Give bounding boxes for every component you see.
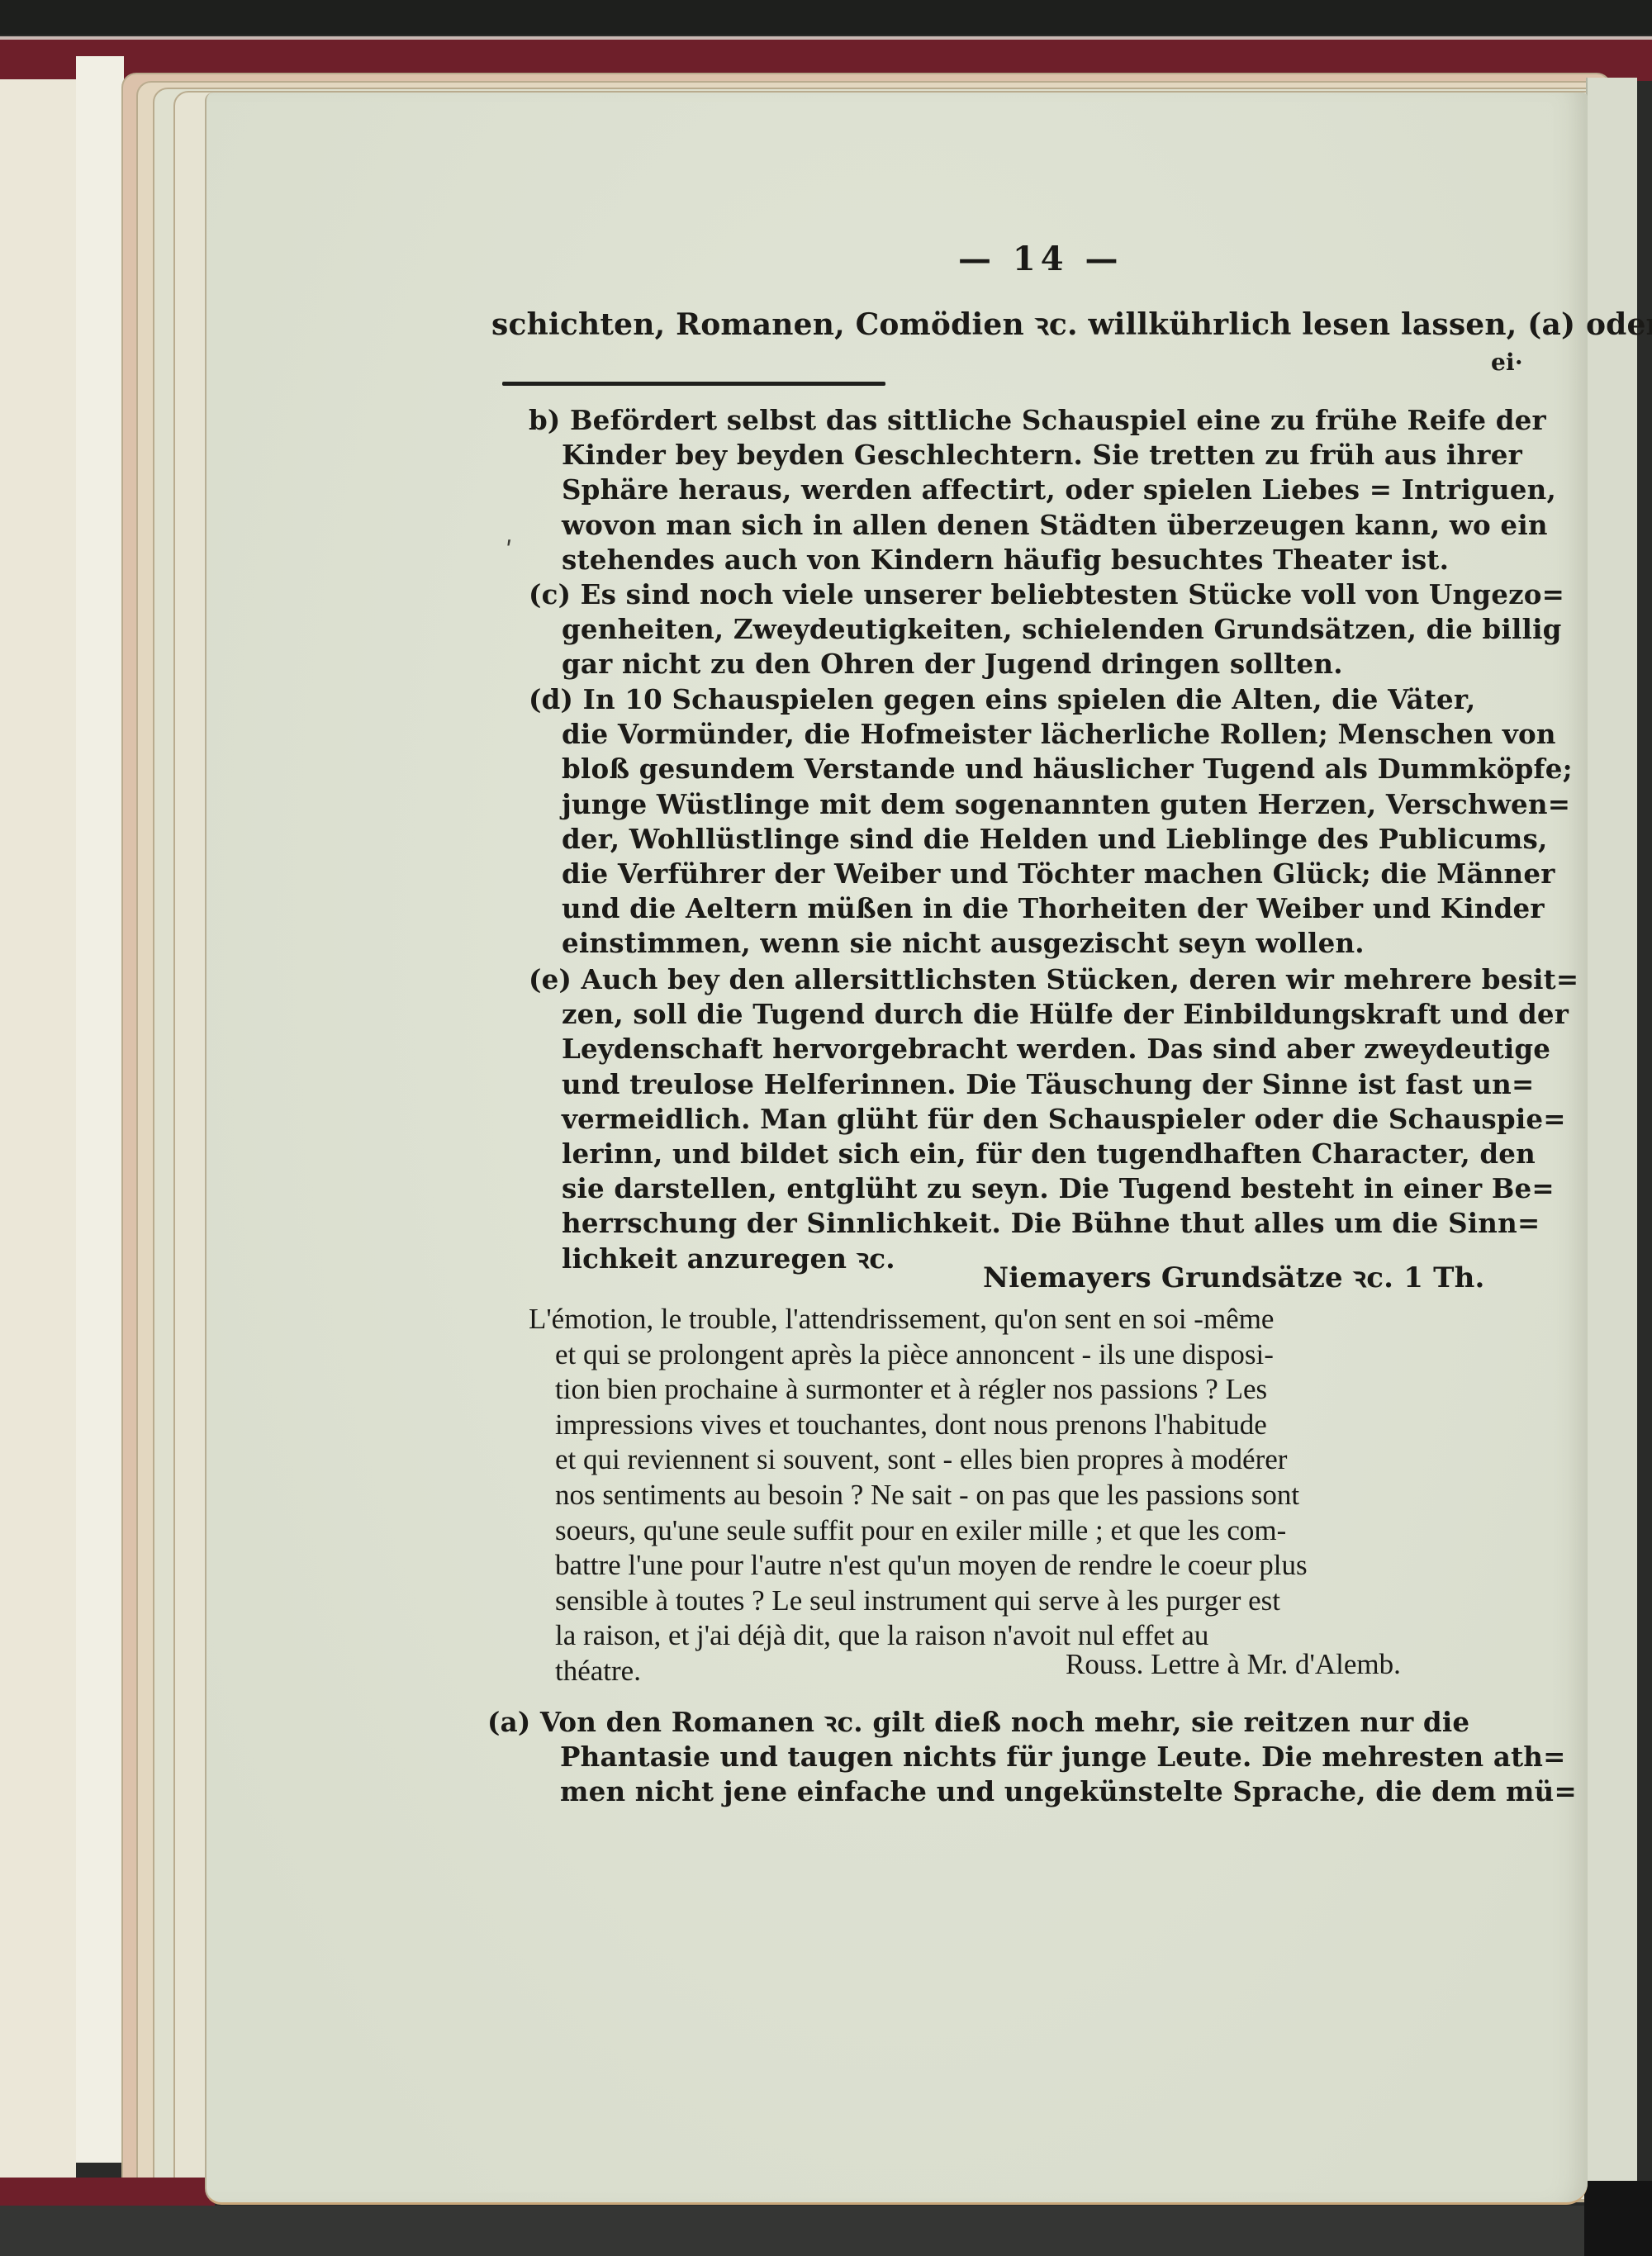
attribution-rousseau: Rouss. Lettre à Mr. d'Alemb. <box>1066 1648 1401 1681</box>
footnote-line: bloß gesundem Verstande und häuslicher T… <box>529 752 1586 786</box>
quote-line: tion bien prochaine à surmonter et à rég… <box>529 1372 1594 1408</box>
footnote-a: (a) Von den Romanen ꝛc. gilt dieß noch m… <box>487 1705 1586 1809</box>
footnote-line: lerinn, und bildet sich ein, für den tug… <box>529 1137 1586 1171</box>
footnote-line: Phantasie und taugen nichts für junge Le… <box>487 1740 1586 1774</box>
quote-line: la raison, et j'ai déjà dit, que la rais… <box>529 1618 1594 1654</box>
footnote-line: die Vormünder, die Hofmeister lächerlich… <box>529 717 1586 752</box>
footnote-line: (e) Auch bey den allersittlichsten Stück… <box>529 962 1586 997</box>
footnote-line: vermeidlich. Man glüht für den Schauspie… <box>529 1102 1586 1137</box>
footnote-b: b) Befördert selbst das sittliche Schaus… <box>529 403 1586 577</box>
page-number: — 14 — <box>958 240 1123 278</box>
footnote-divider <box>502 382 885 386</box>
quote-line: et qui reviennent si souvent, sont - ell… <box>529 1442 1594 1478</box>
quote-line: battre l'une pour l'autre n'est qu'un mo… <box>529 1548 1594 1584</box>
footnote-line: zen, soll die Tugend durch die Hülfe der… <box>529 997 1586 1032</box>
footnote-c: (c) Es sind noch viele unserer beliebtes… <box>529 577 1586 682</box>
footnote-line: (a) Von den Romanen ꝛc. gilt dieß noch m… <box>487 1705 1586 1740</box>
footnote-line: die Verführer der Weiber und Töchter mac… <box>529 857 1586 891</box>
quote-line: sensible à toutes ? Le seul instrument q… <box>529 1584 1594 1619</box>
quote-line: L'émotion, le trouble, l'attendrissement… <box>529 1302 1594 1337</box>
footnote-line: Kinder bey beyden Geschlechtern. Sie tre… <box>529 438 1586 473</box>
background-bottom <box>0 2206 1652 2256</box>
footnote-e: (e) Auch bey den allersittlichsten Stück… <box>529 962 1586 1276</box>
footnote-line: b) Befördert selbst das sittliche Schaus… <box>529 403 1586 438</box>
quote-line: soeurs, qu'une seule suffit pour en exil… <box>529 1513 1594 1549</box>
quote-line: impressions vives et touchantes, dont no… <box>529 1408 1594 1443</box>
footnote-line: herrschung der Sinnlichkeit. Die Bühne t… <box>529 1206 1586 1241</box>
footnote-line: einstimmen, wenn sie nicht ausgezischt s… <box>529 926 1586 961</box>
footnote-line: sie darstellen, entglüht zu seyn. Die Tu… <box>529 1171 1586 1206</box>
quote-line: théatre. <box>529 1654 1594 1689</box>
continuation-line: schichten, Romanen, Comödien ꝛc. willküh… <box>491 307 1652 342</box>
background-corner <box>1584 2181 1652 2256</box>
footnote-line: der, Wohllüstlinge sind die Helden und L… <box>529 822 1586 857</box>
footnote-line: Leydenschaft hervorgebracht werden. Das … <box>529 1032 1586 1066</box>
footnote-line: wovon man sich in allen denen Städten üb… <box>529 508 1586 543</box>
footnote-line: gar nicht zu den Ohren der Jugend dringe… <box>529 647 1586 682</box>
footnote-d: (d) In 10 Schauspielen gegen eins spiele… <box>529 682 1586 962</box>
background-top <box>0 0 1652 35</box>
footnote-line: stehendes auch von Kindern häufig besuch… <box>529 543 1586 577</box>
footnote-line: Sphäre heraus, werden affectirt, oder sp… <box>529 473 1586 507</box>
page-edge-right <box>1586 78 1637 2184</box>
footnote-line: und treulose Helferinnen. Die Täuschung … <box>529 1067 1586 1102</box>
french-quote: L'émotion, le trouble, l'attendrissement… <box>529 1302 1594 1689</box>
flyleaf-left <box>0 79 76 2178</box>
attribution-niemeyer: Niemayers Grundsätze ꝛc. 1 Th. <box>983 1257 1485 1295</box>
footnote-line: men nicht jene einfache und ungekünstelt… <box>487 1774 1586 1809</box>
catchword: ei· <box>1491 345 1523 380</box>
footnote-line: (d) In 10 Schauspielen gegen eins spiele… <box>529 682 1586 717</box>
footnote-line: (c) Es sind noch viele unserer beliebtes… <box>529 577 1586 612</box>
footnote-line: und die Aeltern müßen in die Thorheiten … <box>529 891 1586 926</box>
flyleaf-edge <box>76 56 124 2163</box>
footnote-line: junge Wüstlinge mit dem sogenannten gute… <box>529 787 1586 822</box>
quote-line: et qui se prolongent après la pièce anno… <box>529 1337 1594 1373</box>
footnote-line: genheiten, Zweydeutigkeiten, schielenden… <box>529 612 1586 647</box>
quote-line: nos sentiments au besoin ? Ne sait - on … <box>529 1478 1594 1513</box>
margin-mark: ʹ <box>506 537 512 566</box>
